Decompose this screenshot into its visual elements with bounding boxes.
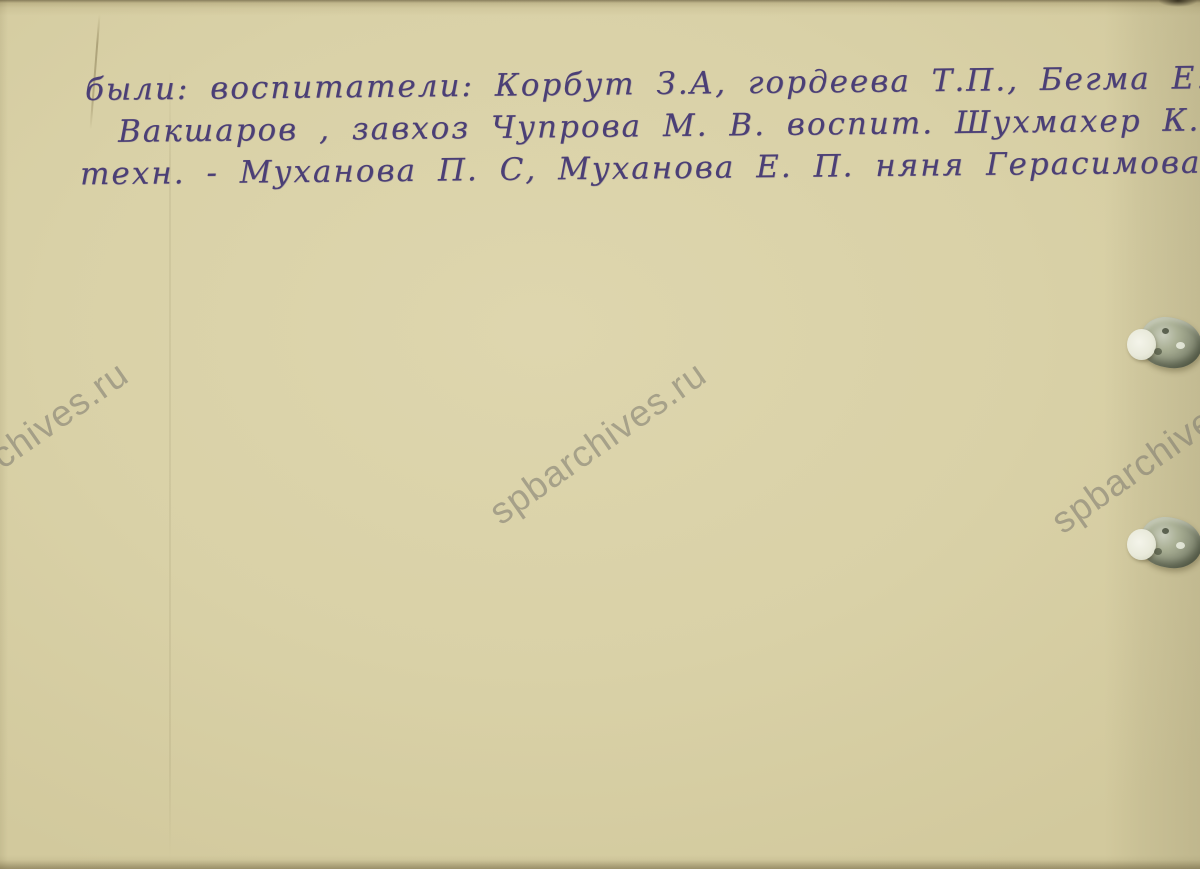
staple-speckle-dark <box>1162 328 1169 334</box>
top-right-corner-stain <box>1158 0 1198 7</box>
staple-speckle-dark <box>1162 528 1169 534</box>
staple-speckle-dark <box>1154 348 1162 355</box>
scanned-page: были: воспитатели: Корбут З.А, гордеева … <box>0 0 1200 869</box>
handwritten-line-1: были: воспитатели: Корбут З.А, гордеева … <box>85 60 1200 108</box>
staple-bottom <box>1124 516 1200 572</box>
watermark-center: spbarchives.ru <box>471 345 724 540</box>
staple-speckle-light <box>1176 542 1185 549</box>
handwritten-line-2: Вакшаров , завхоз Чупрова М. В. воспит. … <box>118 102 1200 150</box>
staple-top <box>1124 316 1200 372</box>
staple-highlight <box>1127 329 1156 360</box>
page-bottom-edge-shadow <box>0 860 1200 869</box>
watermark-left: spbarchives.ru <box>0 345 147 540</box>
staple-speckle-light <box>1176 342 1185 349</box>
staple-speckle-dark <box>1154 548 1162 555</box>
staple-highlight <box>1127 529 1156 560</box>
handwritten-line-3: техн. - Муханова П. С, Муханова Е. П. ня… <box>80 144 1200 193</box>
